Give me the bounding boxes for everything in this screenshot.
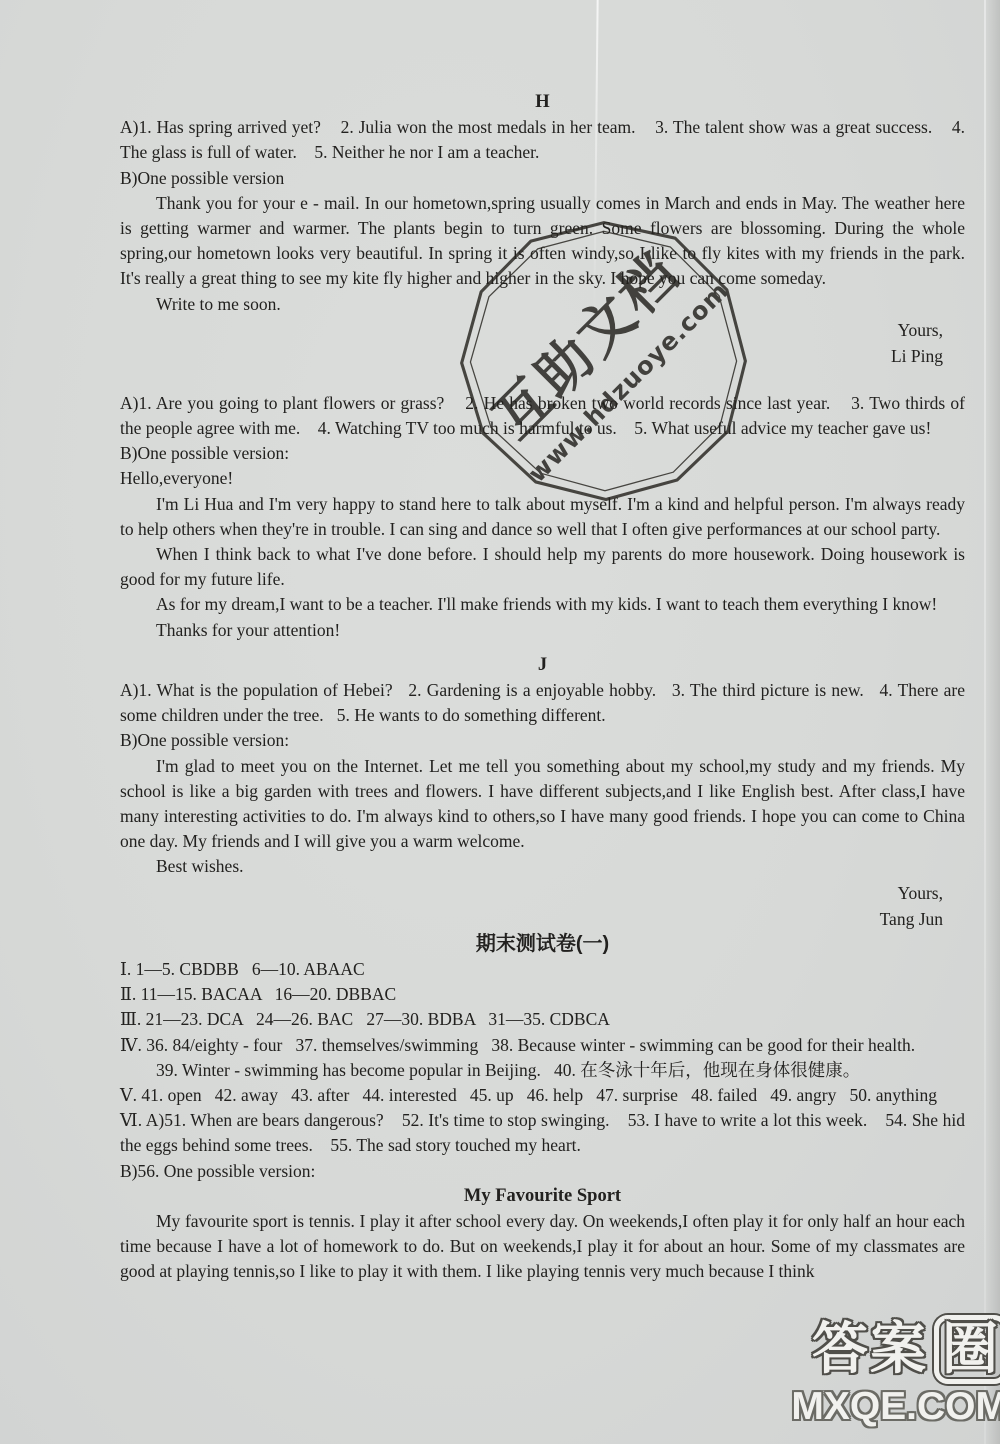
- paragraph: When I think back to what I've done befo…: [120, 542, 965, 592]
- paragraph: Ⅱ. 11—15. BACAA 16—20. DBBAC: [120, 982, 965, 1007]
- paragraph: I'm glad to meet you on the Internet. Le…: [120, 754, 965, 855]
- paragraph: A)1. What is the population of Hebei? 2.…: [120, 678, 965, 728]
- signature-line: Yours,: [120, 880, 965, 906]
- paragraph: B)One possible version: [120, 166, 965, 191]
- section-heading: 期末测试卷(一): [120, 932, 965, 957]
- paragraph: B)56. One possible version:: [120, 1159, 965, 1184]
- paper-edge-shadow: [986, 0, 1000, 1444]
- paragraph: Ⅲ. 21—23. DCA 24—26. BAC 27—30. BDBA 31—…: [120, 1007, 965, 1032]
- paragraph: Ⅰ. 1—5. CBDBB 6—10. ABAAC: [120, 957, 965, 982]
- paragraph: Ⅴ. 41. open 42. away 43. after 44. inter…: [120, 1083, 965, 1108]
- logo-site-text: MXQE.COM: [791, 1386, 1000, 1428]
- paragraph: B)One possible version:: [120, 728, 965, 753]
- watermark-stamp: 互助文档 www.hdzuoye.com: [448, 214, 760, 512]
- section-heading: J: [120, 653, 965, 678]
- paragraph: 39. Winter - swimming has become popular…: [120, 1058, 965, 1083]
- section-spacer: [120, 643, 965, 653]
- logo-zh-main: 答案: [812, 1317, 928, 1380]
- answer-site-logo: 答案圈 MXQE.COM: [791, 1315, 1000, 1428]
- logo-zh-boxed: 圈: [934, 1315, 1000, 1384]
- paragraph: As for my dream,I want to be a teacher. …: [120, 592, 965, 617]
- logo-text-zh: 答案圈: [791, 1315, 1000, 1384]
- signature-line: Tang Jun: [120, 906, 965, 932]
- section-heading: My Favourite Sport: [120, 1184, 965, 1209]
- scanned-answer-page: HA)1. Has spring arrived yet? 2. Julia w…: [0, 0, 1000, 1444]
- section-heading: H: [120, 90, 965, 115]
- paragraph: Best wishes.: [120, 854, 965, 879]
- paragraph: Thanks for your attention!: [120, 618, 965, 643]
- paragraph: Ⅵ. A)51. When are bears dangerous? 52. I…: [120, 1108, 965, 1158]
- paragraph: Ⅳ. 36. 84/eighty - four 37. themselves/s…: [120, 1033, 965, 1058]
- paragraph: A)1. Has spring arrived yet? 2. Julia wo…: [120, 115, 965, 165]
- paragraph: My favourite sport is tennis. I play it …: [120, 1209, 965, 1285]
